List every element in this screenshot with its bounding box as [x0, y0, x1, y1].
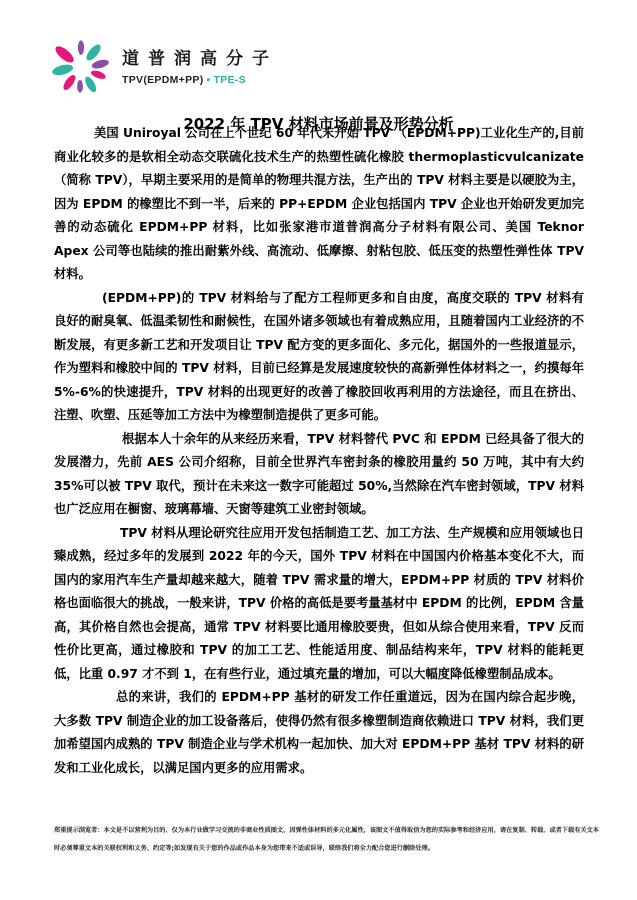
company-name: 道普润高分子	[122, 48, 278, 70]
product-line: TPV(EPDM+PP)•TPE-S	[122, 74, 278, 86]
paragraph-2: (EPDM+PP)的 TPV 材料给与了配方工程师更多和自由度，高度交联的 TP…	[54, 287, 584, 428]
disclaimer-footer: 郑重提示浏览者：本文是不以营利为目的、仅为本行业做学习交流的非商业性质图文，因弹…	[54, 822, 599, 858]
document-header: 道普润高分子 TPV(EPDM+PP)•TPE-S	[52, 38, 278, 96]
product-line-main: TPV(EPDM+PP)	[122, 74, 204, 86]
product-line-separator: •	[207, 74, 211, 86]
paragraph-5: 总的来讲，我们的 EPDM+PP 基材的研发工作任重道远，因为在国内综合起步晚，…	[54, 686, 584, 780]
paragraph-3: 根据本人十余年的从来经历来看，TPV 材料替代 PVC 和 EPDM 已经具备了…	[54, 428, 584, 522]
document-body: 美国 Uniroyal 公司在上个世纪 60 年代末开始 TPV （EPDM+P…	[54, 122, 584, 780]
company-branding: 道普润高分子 TPV(EPDM+PP)•TPE-S	[122, 48, 278, 86]
paragraph-1: 美国 Uniroyal 公司在上个世纪 60 年代末开始 TPV （EPDM+P…	[54, 122, 584, 287]
flower-petal-logo-icon	[52, 39, 110, 95]
paragraph-4: TPV 材料从理论研究往应用开发包括制造工艺、加工方法、生产规模和应用领域也日臻…	[54, 522, 584, 687]
product-line-sub: TPE-S	[213, 74, 245, 86]
